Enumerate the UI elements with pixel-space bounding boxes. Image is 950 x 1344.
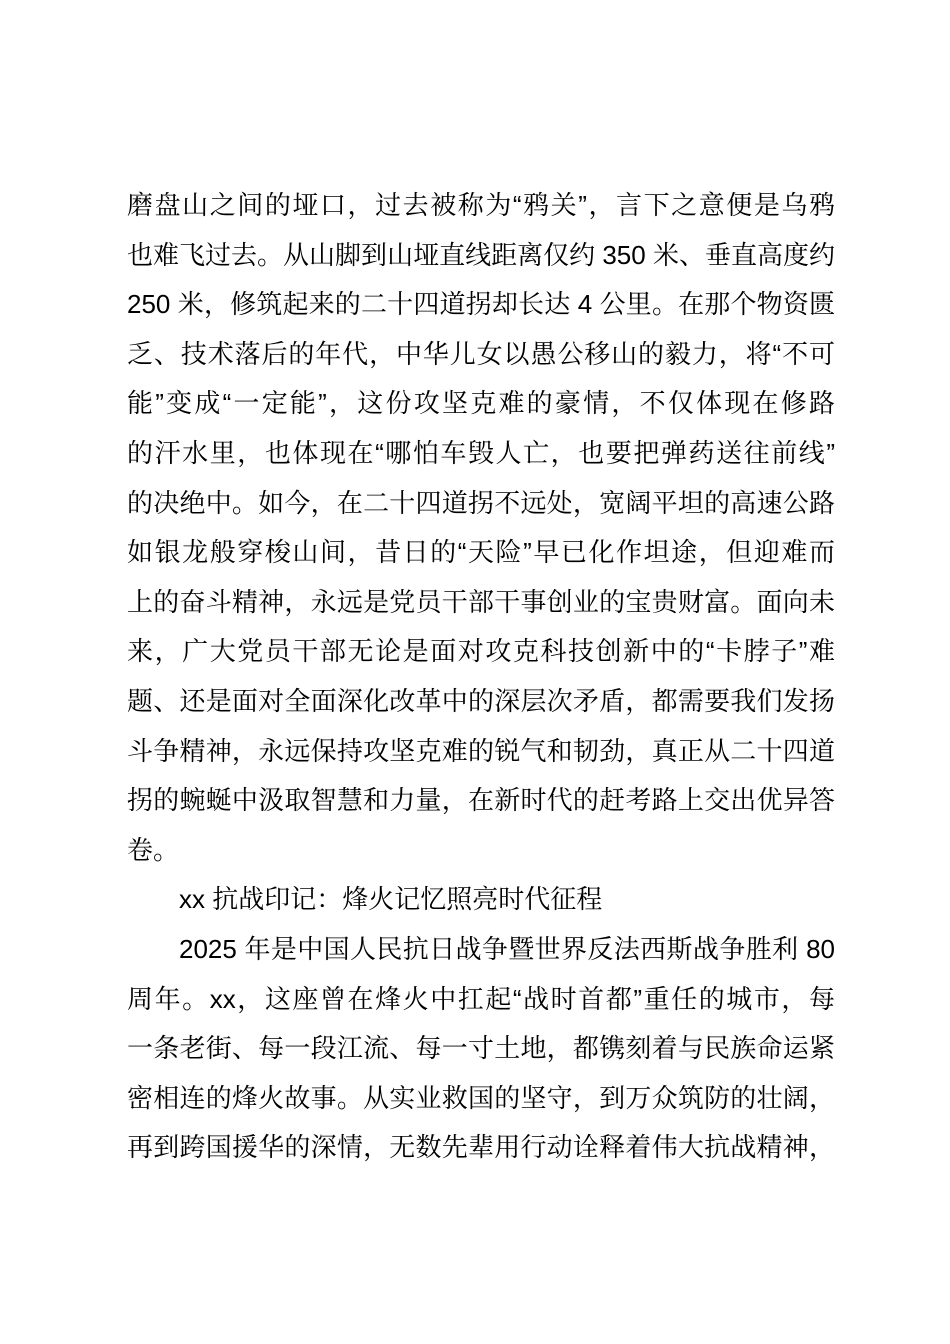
section-heading: xx 抗战印记：烽火记忆照亮时代征程	[127, 875, 835, 925]
text-line: 周年。xx，这座曾在烽火中扛起“战时首都”重任的城市，每	[127, 975, 835, 1025]
text-line: 再到跨国援华的深情，无数先辈用行动诠释着伟大抗战精神，	[127, 1123, 835, 1173]
text-line: 能”变成“一定能”，这份攻坚克难的豪情，不仅体现在修路	[127, 379, 835, 429]
text-line: 磨盘山之间的垭口，过去被称为“鸦关”，言下之意便是乌鸦	[127, 181, 835, 231]
text-line: 上的奋斗精神，永远是党员干部干事创业的宝贵财富。面向未	[127, 578, 835, 628]
text-line: 的决绝中。如今，在二十四道拐不远处，宽阔平坦的高速公路	[127, 479, 835, 529]
text-line: 也难飞过去。从山脚到山垭直线距离仅约 350 米、垂直高度约	[127, 231, 835, 281]
document-page: 磨盘山之间的垭口，过去被称为“鸦关”，言下之意便是乌鸦 也难飞过去。从山脚到山垭…	[0, 0, 950, 1344]
paragraph-end-line: 卷。	[127, 826, 835, 876]
text-line: 来，广大党员干部无论是面对攻克科技创新中的“卡脖子”难	[127, 627, 835, 677]
text-line: 2025 年是中国人民抗日战争暨世界反法西斯战争胜利 80	[127, 925, 835, 975]
text-line: 斗争精神，永远保持攻坚克难的锐气和韧劲，真正从二十四道	[127, 727, 835, 777]
text-line: 如银龙般穿梭山间，昔日的“天险”早已化作坦途，但迎难而	[127, 528, 835, 578]
text-line: 密相连的烽火故事。从实业救国的坚守，到万众筑防的壮阔，	[127, 1074, 835, 1124]
text-line: 拐的蜿蜒中汲取智慧和力量，在新时代的赶考路上交出优异答	[127, 776, 835, 826]
text-line: 题、还是面对全面深化改革中的深层次矛盾，都需要我们发扬	[127, 677, 835, 727]
text-line: 250 米，修筑起来的二十四道拐却长达 4 公里。在那个物资匮	[127, 280, 835, 330]
text-line: 一条老街、每一段江流、每一寸土地，都镌刻着与民族命运紧	[127, 1024, 835, 1074]
text-line: 乏、技术落后的年代，中华儿女以愚公移山的毅力，将“不可	[127, 330, 835, 380]
text-line: 的汗水里，也体现在“哪怕车毁人亡，也要把弹药送往前线”	[127, 429, 835, 479]
document-body: 磨盘山之间的垭口，过去被称为“鸦关”，言下之意便是乌鸦 也难飞过去。从山脚到山垭…	[127, 181, 835, 1173]
